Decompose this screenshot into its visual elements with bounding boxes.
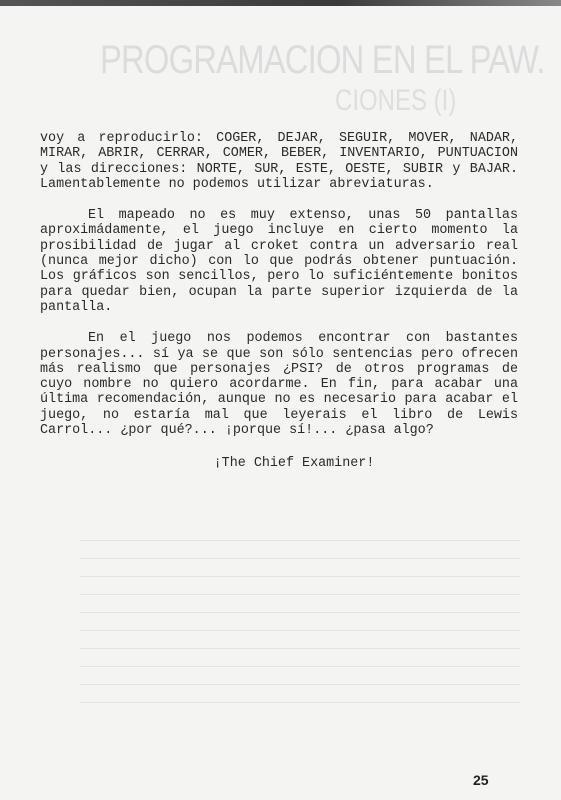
paragraph: En el juego nos podemos encontrar con ba… (40, 331, 518, 438)
bleed-through-text (80, 540, 520, 720)
scan-top-edge (0, 0, 561, 6)
article-body: voy a reproducirlo: COGER, DEJAR, SEGUIR… (40, 131, 518, 472)
paragraph: El mapeado no es muy extenso, unas 50 pa… (40, 208, 518, 315)
page-number: 25 (473, 772, 489, 788)
author-signature: ¡The Chief Examiner! (40, 456, 518, 471)
bleed-through-subtitle: CIONES (I) (335, 84, 456, 118)
bleed-through-title: PROGRAMACION EN EL PAW. (100, 38, 545, 83)
paragraph: voy a reproducirlo: COGER, DEJAR, SEGUIR… (40, 131, 518, 192)
